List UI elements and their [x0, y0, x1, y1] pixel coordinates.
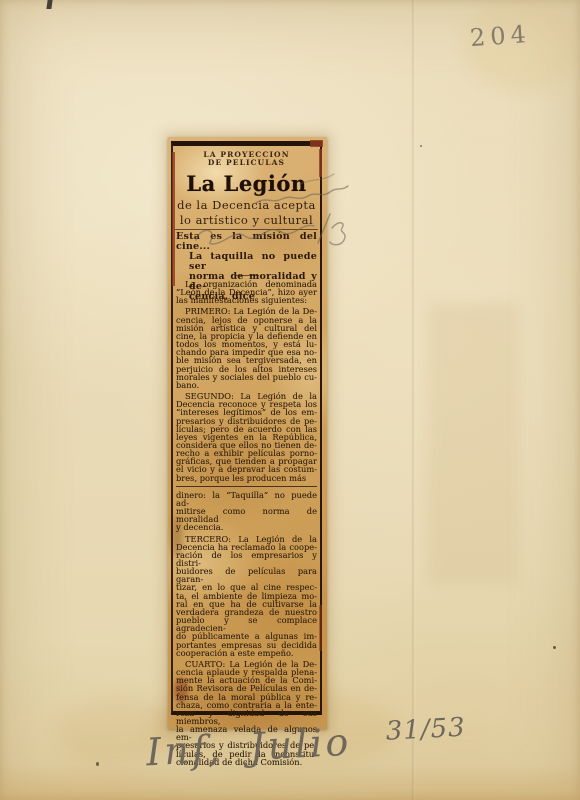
red-mark [319, 149, 322, 177]
speck [96, 762, 99, 766]
body-line: las manifestaciones siguientes: [176, 296, 317, 304]
column-rule [176, 486, 317, 487]
top-edge-mark [46, 0, 52, 9]
red-mark [172, 152, 175, 286]
subhead-line: de la Decencia acepta [173, 198, 320, 213]
red-mark [319, 605, 322, 651]
paper-fold-line [412, 0, 414, 800]
body-line: mitirse como norma de moralidad [176, 507, 317, 523]
paragraph: dinero: la “Taquilla” no puede ad-mitirs… [176, 491, 317, 532]
stain [0, 764, 580, 800]
paragraph: SEGUNDO: La Legión de laDecencia reconoc… [176, 392, 317, 482]
headline: La Legión [173, 173, 320, 194]
body-line: bano. [176, 381, 317, 389]
divider-dash [173, 275, 320, 276]
newspaper-clipping: LA PROYECCION DE PELICULAS La Legión de … [168, 137, 327, 729]
date-note-text: Inf, Julio [145, 720, 352, 775]
red-mark [310, 140, 323, 147]
album-page: 204 LA PROYECCION DE PELICULAS La Legión… [0, 0, 580, 800]
subhead-line: lo artístico y cultural [173, 213, 320, 228]
clipping-frame: LA PROYECCION DE PELICULAS La Legión de … [171, 141, 322, 715]
stain [428, 304, 518, 584]
paragraph: TERCERO: La Legión de laDecencia ha recl… [176, 535, 317, 657]
body-line: ración de los empresarios y distri- [176, 551, 317, 567]
date-note-fraction: 31/53 [385, 713, 466, 747]
page-number: 204 [469, 20, 532, 52]
body-line: buidores de películas para garan- [176, 567, 317, 583]
body-line: bres, porque les producen más [176, 474, 317, 482]
body-line: pueblo y se complace agradecien- [176, 616, 317, 632]
body-line: dinero: la “Taquilla” no puede ad- [176, 491, 317, 507]
body-line: y decencia. [176, 523, 317, 531]
divider-rule [175, 229, 318, 230]
body-column: La organización denominada“León de la De… [176, 280, 317, 766]
speck [420, 145, 422, 147]
deck-line: Esta es la misión del cine... [176, 232, 317, 252]
paragraph: La organización denominada“León de la De… [176, 280, 317, 304]
paragraph: PRIMERO: La Legión de la De-cencia, lejo… [176, 307, 317, 389]
speck [553, 646, 556, 649]
kicker-line: DE PELICULAS [173, 160, 320, 167]
deck-line: La taquilla no puede ser [176, 252, 317, 272]
